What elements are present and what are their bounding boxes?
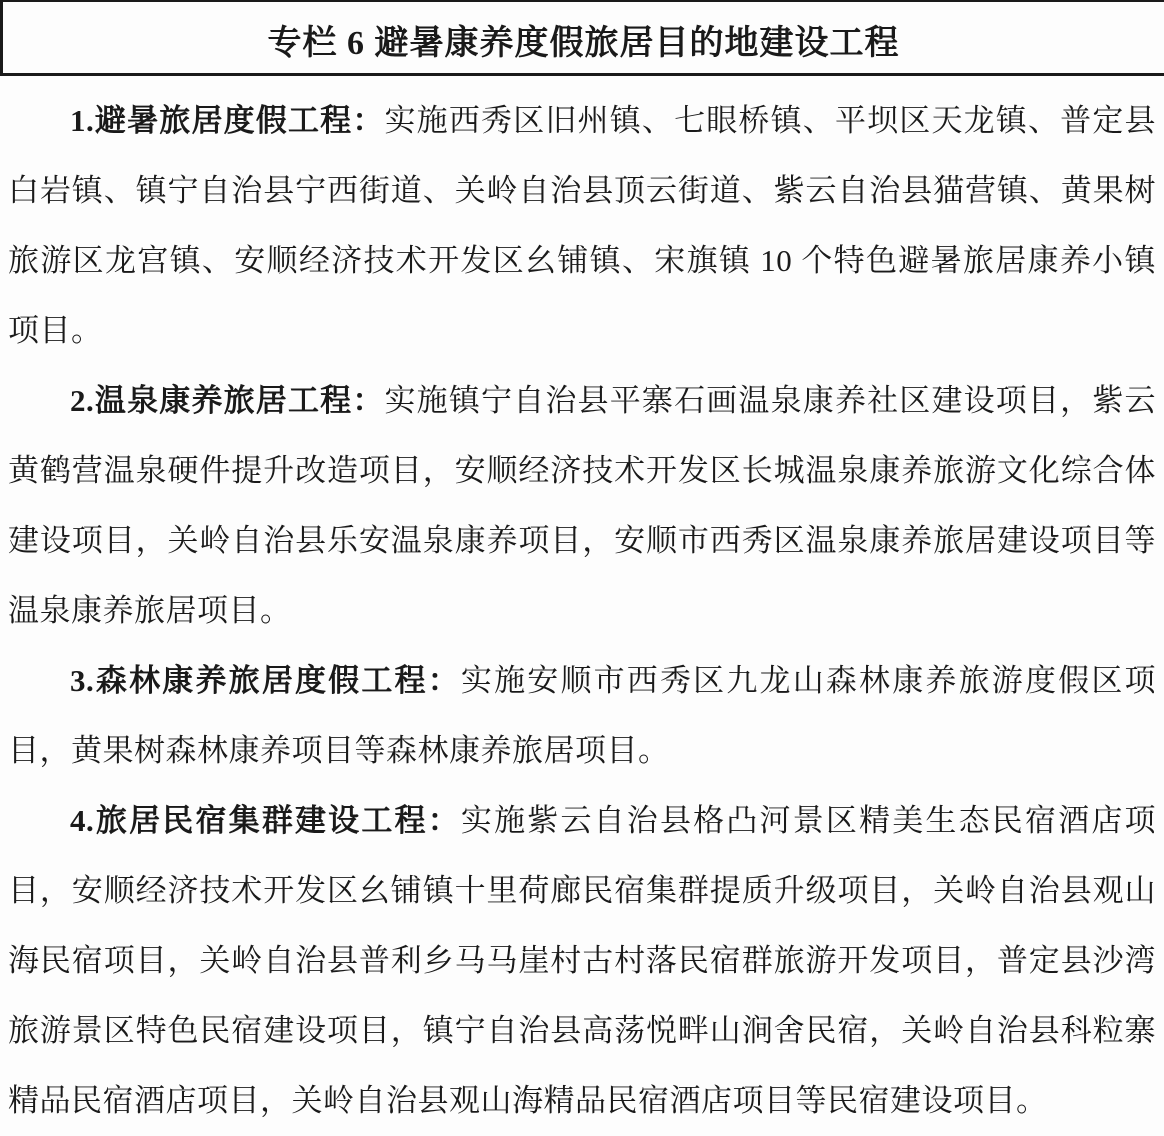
paragraph-body: 实施紫云自治县格凸河景区精美生态民宿酒店项目，安顺经济技术开发区幺铺镇十里荷廊民… bbox=[8, 803, 1156, 1118]
column-box-header: 专栏 6 避暑康养度假旅居目的地建设工程 bbox=[0, 0, 1164, 76]
paragraph-lead: 4.旅居民宿集群建设工程： bbox=[70, 803, 461, 838]
paragraph-forest-wellness: 3.森林康养旅居度假工程：实施安顺市西秀区九龙山森林康养旅游度假区项目，黄果树森… bbox=[8, 646, 1156, 786]
column-box-title: 专栏 6 避暑康养度假旅居目的地建设工程 bbox=[268, 25, 900, 62]
paragraph-summer-resort: 1.避暑旅居度假工程：实施西秀区旧州镇、七眼桥镇、平坝区天龙镇、普定县白岩镇、镇… bbox=[8, 86, 1156, 366]
paragraph-body: 实施镇宁自治县平寨石画温泉康养社区建设项目，紫云黄鹤营温泉硬件提升改造项目，安顺… bbox=[8, 383, 1156, 628]
paragraph-lead: 1.避暑旅居度假工程： bbox=[70, 103, 385, 138]
paragraph-lead: 3.森林康养旅居度假工程： bbox=[70, 663, 461, 698]
column-box-body: 1.避暑旅居度假工程：实施西秀区旧州镇、七眼桥镇、平坝区天龙镇、普定县白岩镇、镇… bbox=[0, 76, 1164, 1136]
paragraph-homestay-cluster: 4.旅居民宿集群建设工程：实施紫云自治县格凸河景区精美生态民宿酒店项目，安顺经济… bbox=[8, 786, 1156, 1136]
paragraph-body: 实施西秀区旧州镇、七眼桥镇、平坝区天龙镇、普定县白岩镇、镇宁自治县宁西街道、关岭… bbox=[8, 103, 1156, 348]
paragraph-hot-spring: 2.温泉康养旅居工程：实施镇宁自治县平寨石画温泉康养社区建设项目，紫云黄鹤营温泉… bbox=[8, 366, 1156, 646]
paragraph-lead: 2.温泉康养旅居工程： bbox=[70, 383, 385, 418]
column-box: 专栏 6 避暑康养度假旅居目的地建设工程 1.避暑旅居度假工程：实施西秀区旧州镇… bbox=[0, 0, 1164, 1136]
